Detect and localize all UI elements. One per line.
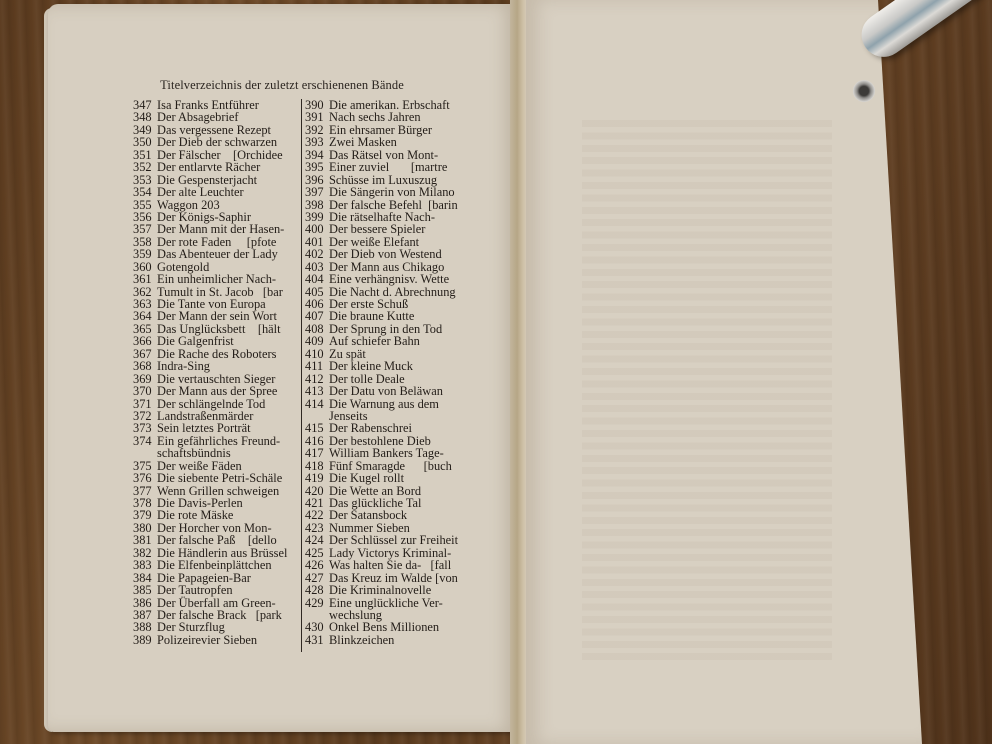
volume-number: 414	[305, 398, 329, 410]
volume-number: 428	[305, 584, 329, 596]
volume-number: 373	[133, 422, 157, 434]
volume-number: 389	[133, 634, 157, 646]
volume-number: 357	[133, 223, 157, 235]
page-title: Titelverzeichnis der zuletzt erschienene…	[48, 78, 516, 93]
volume-number: 352	[133, 161, 157, 173]
volume-number: 354	[133, 186, 157, 198]
volume-number: 426	[305, 559, 329, 571]
volume-number: 388	[133, 621, 157, 633]
volume-number: 404	[305, 273, 329, 285]
title-list-right-column: 390Die amerikan. Erbschaft391Nach sechs …	[305, 99, 475, 646]
volume-number: 368	[133, 360, 157, 372]
volume-number: 409	[305, 335, 329, 347]
volume-number: 413	[305, 385, 329, 397]
list-item: 431Blinkzeichen	[305, 634, 475, 646]
pen-end-cap	[853, 80, 875, 102]
volume-number: 359	[133, 248, 157, 260]
volume-number: 397	[305, 186, 329, 198]
show-through-text	[582, 120, 832, 660]
volume-number: 361	[133, 273, 157, 285]
volume-number: 431	[305, 634, 329, 646]
volume-number: 383	[133, 559, 157, 571]
volume-number: 424	[305, 534, 329, 546]
volume-number: 374	[133, 435, 157, 447]
volume-number: 370	[133, 385, 157, 397]
book-gutter	[510, 0, 528, 744]
volume-number: 393	[305, 136, 329, 148]
title-list-left-column: 347Isa Franks Entführer348Der Absagebrie…	[133, 99, 298, 646]
volume-number: 400	[305, 223, 329, 235]
list-item: 389Polizeirevier Sieben	[133, 634, 298, 646]
volume-number: 395	[305, 161, 329, 173]
volume-title: Polizeirevier Sieben	[157, 633, 257, 647]
volume-number: 415	[305, 422, 329, 434]
volume-number: 385	[133, 584, 157, 596]
volume-number: 411	[305, 360, 329, 372]
volume-title: Blinkzeichen	[329, 633, 394, 647]
volume-number: 417	[305, 447, 329, 459]
volume-number: 366	[133, 335, 157, 347]
volume-number: 419	[305, 472, 329, 484]
column-divider	[301, 99, 302, 652]
right-page-blank	[526, 0, 922, 744]
volume-number: 350	[133, 136, 157, 148]
volume-number: 381	[133, 534, 157, 546]
volume-number: 376	[133, 472, 157, 484]
volume-number: 430	[305, 621, 329, 633]
volume-number: 402	[305, 248, 329, 260]
volume-number: 429	[305, 597, 329, 609]
